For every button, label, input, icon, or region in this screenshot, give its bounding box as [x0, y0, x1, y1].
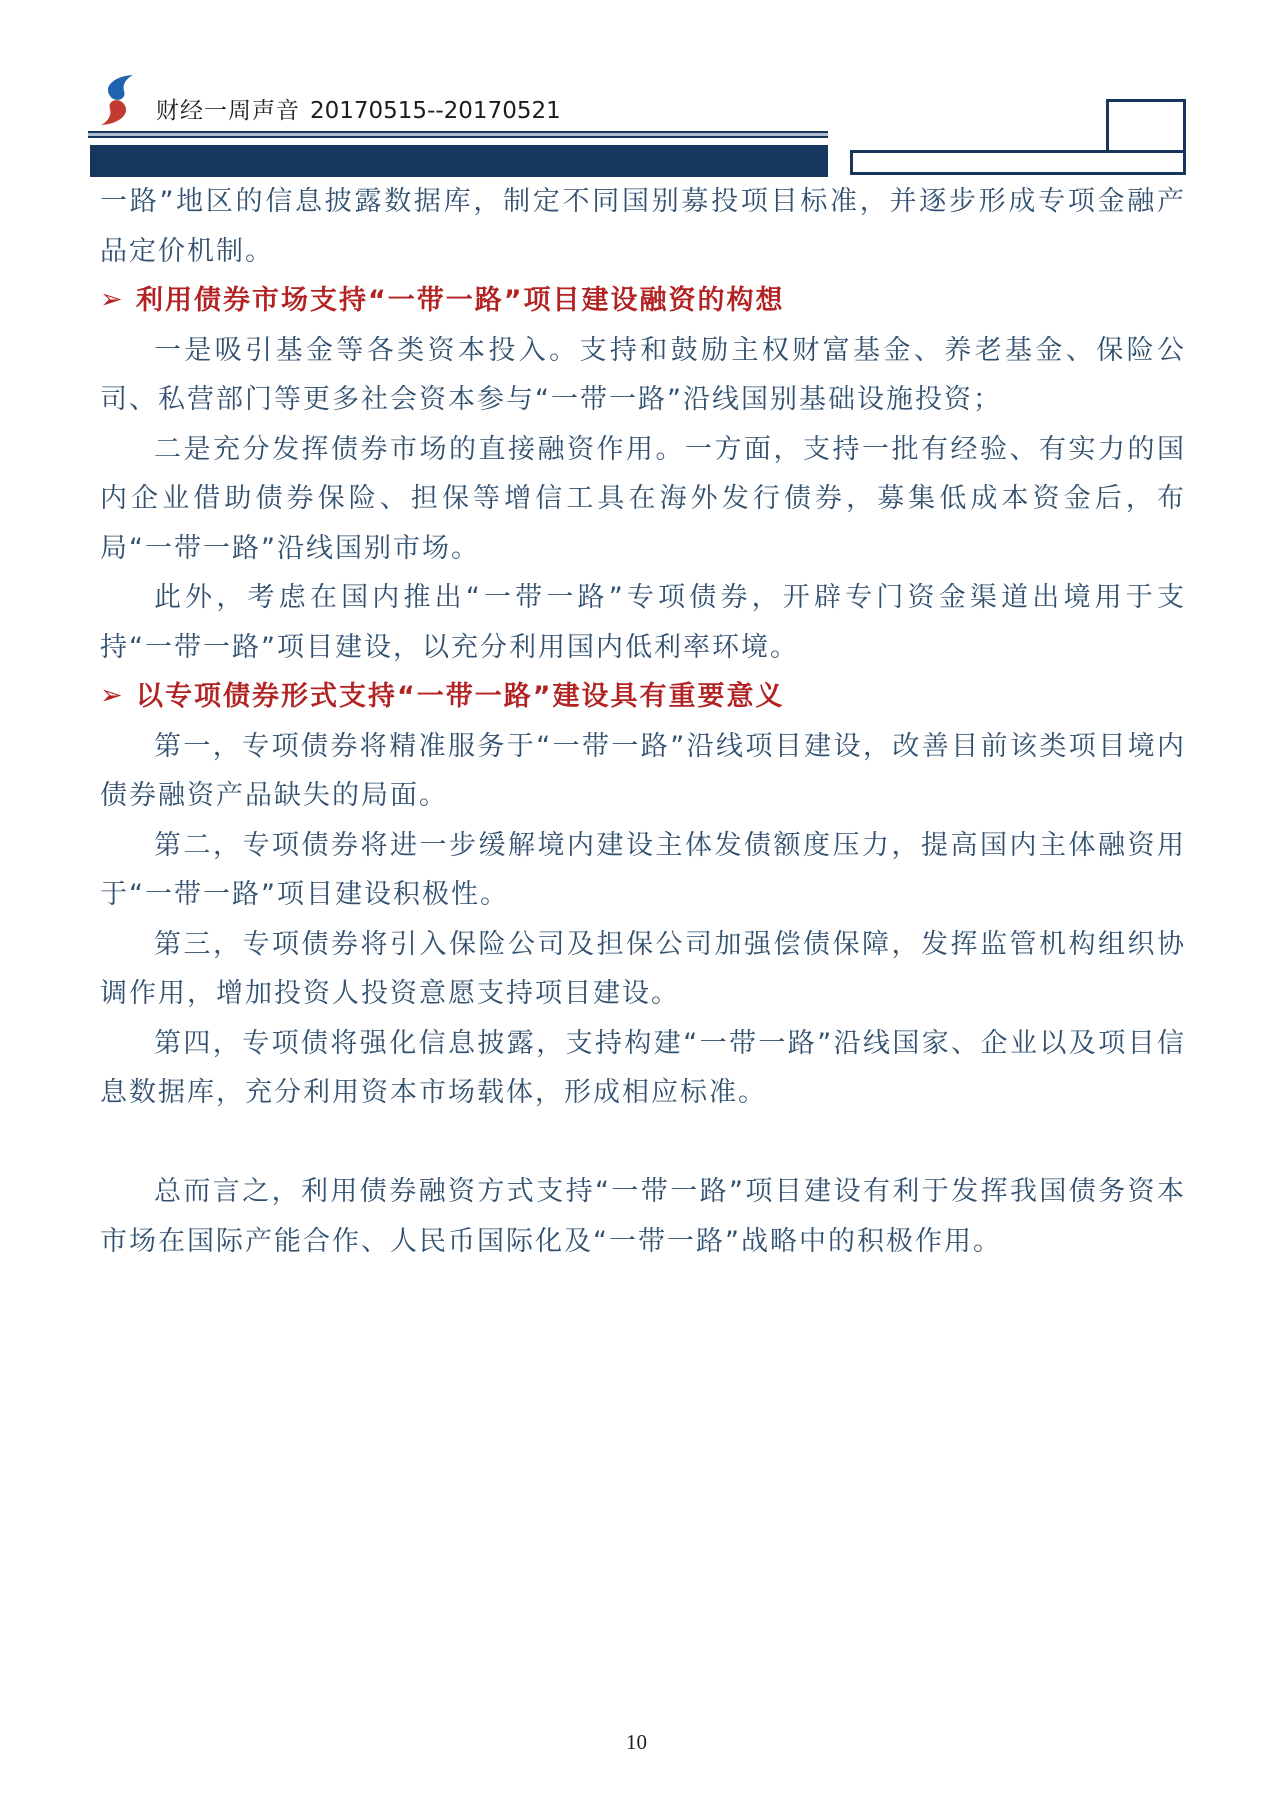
- body-paragraph: 第三，专项债券将引入保险公司及担保公司加强偿债保障，发挥监管机构组织协调作用，增…: [100, 920, 1186, 1019]
- body-paragraph: 第一，专项债券将精准服务于“一带一路”沿线项目建设，改善目前该类项目境内债券融资…: [100, 722, 1186, 821]
- page-number: 10: [0, 1730, 1273, 1755]
- header-double-rule: [88, 131, 828, 138]
- body-paragraph: 此外，考虑在国内推出“一带一路”专项债券，开辟专门资金渠道出境用于支持“一带一路…: [100, 573, 1186, 672]
- company-logo-icon: [93, 74, 141, 126]
- header-box-outline: [850, 150, 1186, 175]
- logo-red-swoosh: [101, 100, 126, 125]
- arrow-bullet-icon: ➢: [100, 671, 136, 721]
- body-paragraph: 第四，专项债将强化信息披露，支持构建“一带一路”沿线国家、企业以及项目信息数据库…: [100, 1019, 1186, 1118]
- body-paragraph: 二是充分发挥债券市场的直接融资作用。一方面，支持一批有经验、有实力的国内企业借助…: [100, 425, 1186, 574]
- section-heading: ➢利用债券市场支持“一带一路”项目建设融资的构想: [100, 276, 1186, 326]
- body-paragraph: 一路”地区的信息披露数据库，制定不同国别募投项目标准，并逐步形成专项金融产品定价…: [100, 177, 1186, 276]
- body-paragraph: 总而言之，利用债券融资方式支持“一带一路”项目建设有利于发挥我国债务资本市场在国…: [100, 1167, 1186, 1266]
- header-tab-outline: [1106, 99, 1186, 151]
- body-paragraph: 第二，专项债券将进一步缓解境内建设主体发债额度压力，提高国内主体融资用于“一带一…: [100, 821, 1186, 920]
- header-navy-bar: [90, 145, 828, 177]
- section-heading: ➢以专项债券形式支持“一带一路”建设具有重要意义: [100, 672, 1186, 722]
- document-page: 财经一周声音20170515--20170521 一路”地区的信息披露数据库，制…: [0, 0, 1273, 1800]
- logo-blue-swoosh: [108, 75, 133, 100]
- report-date-range: 20170515--20170521: [310, 98, 561, 124]
- section-heading-label: 以专项债券形式支持“一带一路”建设具有重要意义: [136, 681, 785, 712]
- report-title: 财经一周声音20170515--20170521: [156, 92, 561, 125]
- body-paragraph: 一是吸引基金等各类资本投入。支持和鼓励主权财富基金、养老基金、保险公司、私营部门…: [100, 326, 1186, 425]
- arrow-bullet-icon: ➢: [100, 275, 136, 325]
- document-body: 一路”地区的信息披露数据库，制定不同国别募投项目标准，并逐步形成专项金融产品定价…: [100, 177, 1186, 1266]
- section-heading-label: 利用债券市场支持“一带一路”项目建设融资的构想: [136, 285, 785, 316]
- report-title-text: 财经一周声音: [156, 98, 300, 124]
